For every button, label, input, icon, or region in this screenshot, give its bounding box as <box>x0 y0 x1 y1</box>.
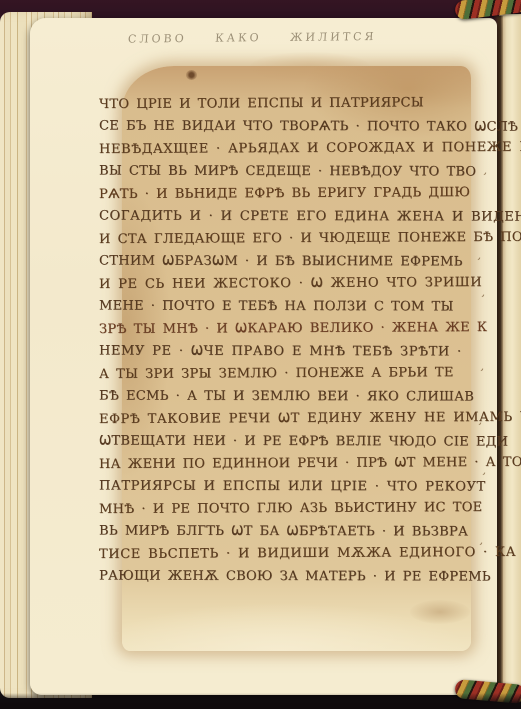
manuscript-line: патриярсы и епспы или цріе · что рекоут <box>99 475 485 499</box>
manuscript-line: рѧть · и вьниде ефрѣ вь еригу градь дшю <box>99 182 485 207</box>
manuscript-line: бѣ есмь · а ты и землю веи · яко слишав <box>99 385 485 409</box>
manuscript-text-block: что цріе и толи епспы и патриярсы се бъ … <box>99 93 485 588</box>
manuscript-line: вь мирѣ блгть ѡт ба ѡбрѣтаеть · и вьзвра <box>99 520 485 544</box>
manuscript-line: согадить и · и срете его едина жена и ви… <box>99 205 485 229</box>
manuscript-line: стним ѡбразѡм · и бѣ выисниме ефремь <box>99 250 485 274</box>
manuscript-line: невѣдахщее · арьядах и сорождах и понеже… <box>99 137 485 162</box>
manuscript-line: се бъ не видаи что творѧть · почто тако … <box>99 115 485 139</box>
manuscript-line: ѡтвещати неи · и ре ефрѣ веліе чюдо сіе … <box>99 430 485 454</box>
manuscript-line: мене · почто е тебѣ на ползи с том ты <box>99 295 485 319</box>
manuscript-line: и ре сь неи жестоко · ѡ жено что зриши <box>99 272 485 297</box>
manuscript-photo: слово како жилится что цріе и толи епспы… <box>0 0 521 709</box>
manuscript-line: рающи женѫ свою за матерь · и ре ефремь <box>99 565 485 589</box>
manuscript-line: мнѣ · и ре почто глю азь вьистину ис тое <box>99 497 485 522</box>
cover-shadow <box>0 693 521 709</box>
manuscript-line: и ста гледающе его · и чюдеще понеже бѣ … <box>99 227 485 252</box>
manuscript-line: тисе вьспеть · и видиши мѫжа единого · к… <box>99 542 485 567</box>
manuscript-line: что цріе и толи епспы и патриярсы <box>99 92 485 117</box>
manuscript-line: ефрѣ таковие речи ѡт едину жену не имамь… <box>99 407 485 432</box>
manuscript-line: а ты зри зры землю · понеже а брьи те <box>99 362 485 387</box>
manuscript-line: вы сты вь мирѣ седеще · невѣдоу что тво <box>99 160 485 184</box>
manuscript-line: на жени по единнои речи · прѣ ѡт мене · … <box>99 452 485 477</box>
manuscript-line: зрѣ ты мнѣ · и ѡкараю велико · жена же к <box>99 317 485 342</box>
manuscript-line: нему ре · ѡче право е мнѣ тебѣ зрѣти · <box>99 340 485 364</box>
